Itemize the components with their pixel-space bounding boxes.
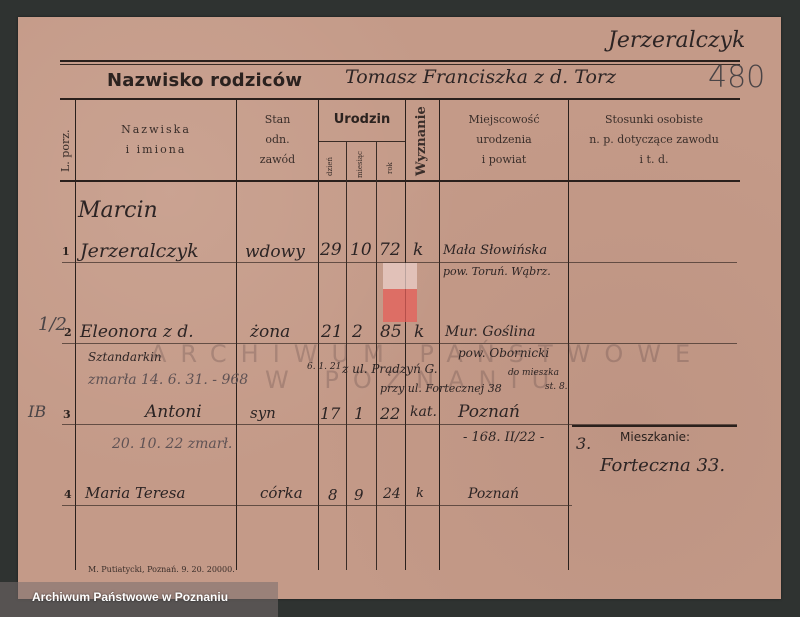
row1-month: 10 — [350, 240, 372, 260]
row1-status: wdowy — [245, 242, 305, 262]
header-names-line1: Nazwiska — [76, 120, 236, 140]
row3-day: 17 — [320, 404, 340, 423]
mieszkanie-value: Forteczna 33. — [600, 455, 725, 476]
row2-move-note4: st. 8. — [545, 382, 568, 392]
header-stan-line1: Stan — [237, 110, 318, 130]
urodzin-subrule — [318, 141, 406, 142]
row3-reference: - 168. II/22 - — [463, 430, 544, 445]
flag-red-stripe — [383, 289, 417, 322]
header-wyznanie: Wyznanie — [414, 104, 429, 176]
row2-status: żona — [250, 322, 290, 342]
header-miejscowosc: Miejscowość urodzenia i powiat — [440, 110, 568, 170]
header-dzien: dzień — [326, 148, 334, 176]
row2-day: 21 — [321, 322, 343, 342]
row2-number: 2 — [64, 326, 72, 339]
parents-handwritten: Tomasz Franciszka z d. Torz — [345, 66, 616, 88]
row4-religion: k — [416, 486, 424, 501]
row1-place-line1: Mała Słowińska — [443, 243, 547, 258]
row4-underline — [62, 505, 572, 506]
col-line-wyznanie — [405, 100, 406, 570]
row2-move-note2: do mieszka — [508, 368, 559, 378]
header-top-rule — [60, 98, 740, 100]
mieszkanie-label: Mieszkanie: — [620, 430, 690, 444]
header-stan-line2: odn. — [237, 130, 318, 150]
row3-number: 3 — [63, 408, 71, 421]
header-stosunki: Stosunki osobiste n. p. dotyczące zawodu… — [569, 110, 739, 170]
header-l-porz: L. porz. — [59, 112, 72, 172]
header-stan: Stan odn. zawód — [237, 110, 318, 170]
row2-year: 85 — [380, 322, 402, 342]
header-stan-line3: zawód — [237, 150, 318, 170]
row4-status: córka — [260, 484, 303, 502]
row2-move-note: z ul. Prądzyń G. — [342, 362, 438, 376]
row3-death-note: 20. 10. 22 zmarł. — [112, 436, 232, 452]
header-stos-line1: Stosunki osobiste — [569, 110, 739, 130]
header-bottom-rule — [60, 180, 740, 182]
row1-number: 1 — [62, 245, 70, 258]
row4-day: 8 — [328, 486, 338, 504]
row4-number: 4 — [64, 488, 72, 501]
row2-place-line2: pow. Obornicki — [458, 346, 549, 360]
row2-month: 2 — [352, 322, 363, 342]
header-miejsc-line3: i powiat — [440, 150, 568, 170]
row2-death-note: zmarła 14. 6. 31. - 968 — [88, 372, 248, 388]
row3-place: Poznań — [458, 402, 520, 422]
row2-name-line1: Eleonora z d. — [80, 322, 194, 342]
row4-place: Poznań — [468, 486, 519, 502]
row3-religion: kat. — [410, 404, 437, 420]
printer-imprint: M. Putiatycki, Poznań. 9. 20. 20000. — [88, 565, 235, 574]
col-line-stosunki — [568, 100, 569, 570]
archive-footer-label: Archiwum Państwowe w Poznaniu — [32, 590, 228, 604]
row2-margin-note: 1/2 — [38, 314, 67, 335]
header-rok: rok — [386, 152, 394, 174]
surname-top-right: Jerzeralczyk — [608, 28, 745, 53]
row3-name: Antoni — [145, 402, 202, 422]
row1-religion: k — [413, 240, 423, 260]
row4-year: 24 — [383, 486, 401, 502]
row4-month: 9 — [354, 486, 364, 504]
row2-place-line1: Mur. Goślina — [445, 324, 536, 340]
top-rule-thin — [60, 64, 740, 65]
col-line-miejsc — [439, 100, 440, 570]
form-title: Nazwisko rodziców — [107, 70, 302, 91]
row1-year: 72 — [379, 240, 401, 260]
header-stos-line3: i t. d. — [569, 150, 739, 170]
row2-religion: k — [414, 322, 424, 342]
col-line-names — [75, 100, 76, 570]
row3-margin-note: IB — [28, 402, 46, 421]
col-line-dzien — [318, 100, 319, 570]
archive-number: 480 — [708, 60, 765, 95]
header-miejsc-line2: urodzenia — [440, 130, 568, 150]
header-miesiac: miesiąc — [356, 146, 364, 178]
mieszkanie-number: 3. — [576, 434, 591, 453]
header-stos-line2: n. p. dotyczące zawodu — [569, 130, 739, 150]
header-urodzin: Urodzin — [318, 110, 406, 130]
header-names-line2: i imiona — [76, 140, 236, 160]
row1-name-line2: Jerzeralczyk — [80, 240, 199, 262]
row3-month: 1 — [354, 404, 364, 423]
row2-note-date: 6. 1. 21 — [307, 362, 341, 372]
top-rule — [60, 60, 740, 62]
mieszkanie-rule — [572, 425, 737, 427]
col-line-stan — [236, 100, 237, 570]
row3-year: 22 — [380, 404, 400, 423]
flag-white-stripe — [383, 263, 417, 289]
row4-name: Maria Teresa — [85, 484, 185, 502]
row1-day: 29 — [320, 240, 342, 260]
row2-move-note3: przy ul. Fortecznej 38 — [380, 382, 502, 395]
row1-place-line2: pow. Toruń. Wąbrz. — [443, 265, 551, 278]
header-names: Nazwiska i imiona — [76, 120, 236, 160]
row2-name-line2: Sztandarkin — [88, 350, 162, 364]
row3-status: syn — [250, 404, 276, 422]
row1-name-line1: Marcin — [78, 198, 158, 223]
header-miejsc-line1: Miejscowość — [440, 110, 568, 130]
